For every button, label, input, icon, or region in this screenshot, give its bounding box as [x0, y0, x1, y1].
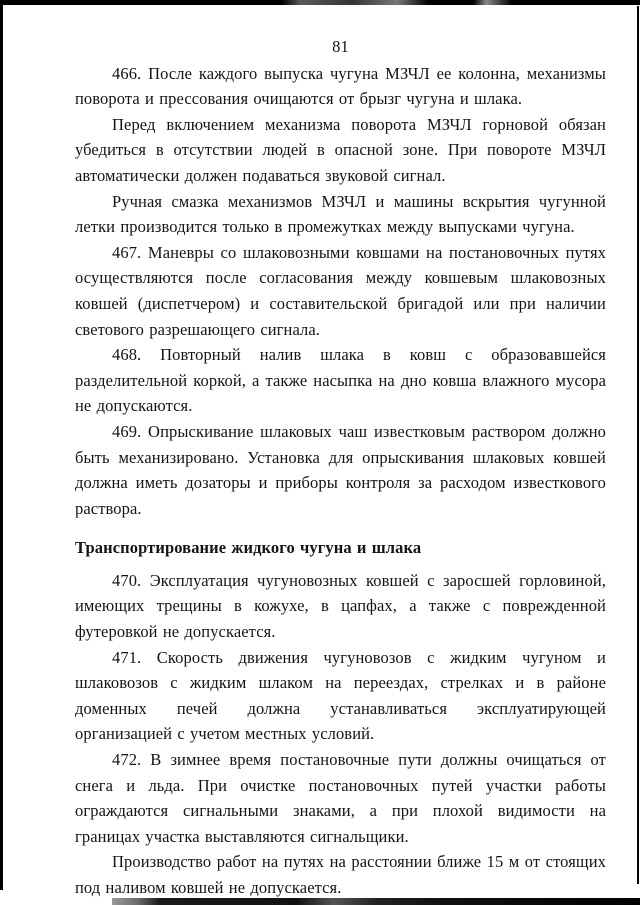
paragraph-472: 472. В зимнее время постановочные пути д…	[75, 747, 606, 849]
paragraph-471: 471. Скорость движения чугуновозов с жид…	[75, 645, 606, 747]
paragraph-470: 470. Эксплуатация чугуновозных ковшей с …	[75, 568, 606, 645]
paragraph-466-continuation-1: Перед включением механизма поворота МЗЧЛ…	[75, 112, 606, 189]
page-number: 81	[75, 34, 606, 60]
scan-border-top	[0, 0, 640, 5]
paragraph-467: 467. Маневры со шлаковозными ковшами на …	[75, 240, 606, 342]
paragraph-468: 468. Повторный налив шлака в ковш с обра…	[75, 342, 606, 419]
paragraph-466: 466. После каждого выпуска чугуна МЗЧЛ е…	[75, 61, 606, 112]
paragraph-472-continuation: Производство работ на путях на расстояни…	[75, 849, 606, 900]
scan-border-left	[0, 0, 3, 890]
section-heading: Транспортирование жидкого чугуна и шлака	[75, 535, 606, 561]
paragraph-469: 469. Опрыскивание шлаковых чаш известков…	[75, 419, 606, 521]
paragraph-466-continuation-2: Ручная смазка механизмов МЗЧЛ и машины в…	[75, 189, 606, 240]
document-page: 81 466. После каждого выпуска чугуна МЗЧ…	[75, 34, 606, 901]
scan-border-right	[637, 6, 639, 884]
